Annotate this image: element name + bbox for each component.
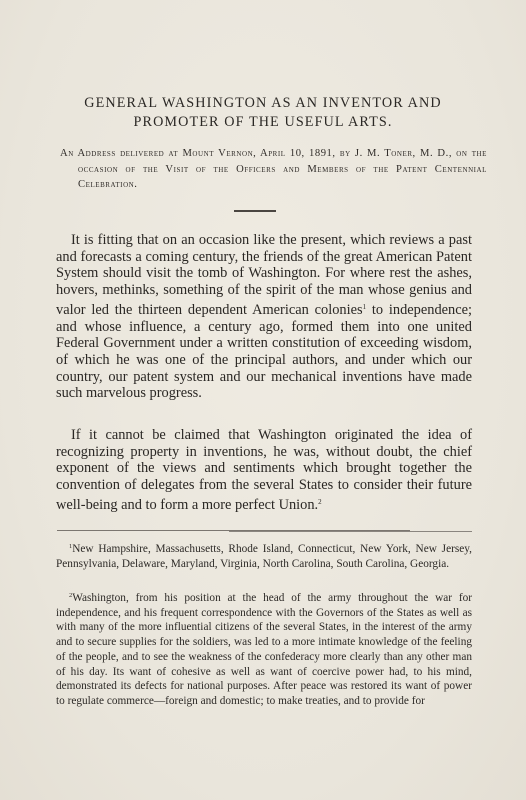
title-line-1: General Washington as an Inventor and <box>40 94 486 113</box>
footnote-2: 2Washington, from his position at the he… <box>56 589 472 709</box>
footnote-divider-segment <box>229 531 472 532</box>
footnote-1: 1New Hampshire, Massachusetts, Rhode Isl… <box>56 540 472 571</box>
footnote-text: Washington, from his position at the hea… <box>56 592 472 707</box>
footnote-ref-2[interactable]: 2 <box>318 498 322 506</box>
body-paragraph-1: It is fitting that on an occasion like t… <box>56 232 472 402</box>
title-line-2: Promoter of the Useful Arts. <box>40 113 486 132</box>
document-page: General Washington as an Inventor and Pr… <box>0 0 526 800</box>
section-divider <box>234 210 276 212</box>
address-subtitle: An Address delivered at Mount Vernon, Ap… <box>60 146 487 193</box>
footnote-text: New Hampshire, Massachusetts, Rhode Isla… <box>56 543 472 570</box>
page-title: General Washington as an Inventor and Pr… <box>40 94 486 132</box>
body-paragraph-2: If it cannot be claimed that Washington … <box>56 427 472 514</box>
paragraph-text: If it cannot be claimed that Washington … <box>56 427 472 513</box>
